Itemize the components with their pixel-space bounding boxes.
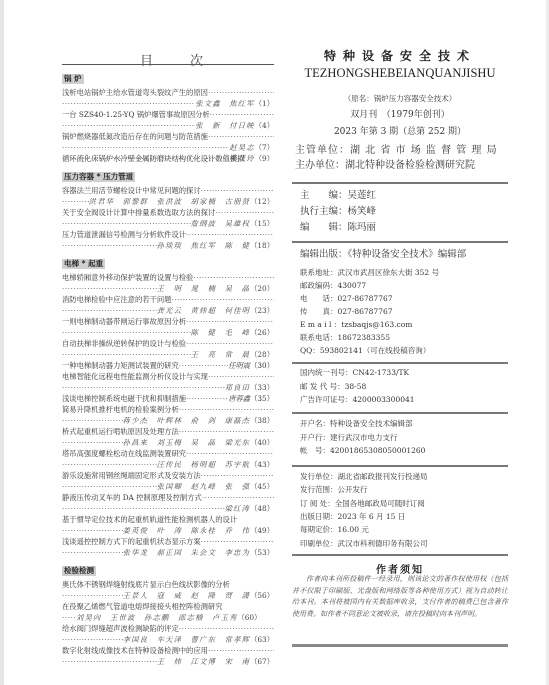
info-label: 国内统一刊号： xyxy=(300,367,353,379)
entry-page: （1） xyxy=(255,98,274,109)
entry-authors: 洪君华 郭黎群 张洪波 胡家楠 古朋贤 xyxy=(89,196,250,207)
info-label: 联系电话： xyxy=(300,332,338,344)
leader-dots: ········································… xyxy=(62,481,157,492)
toc-entry: 消防电梯检验中应注意的若干问题·························… xyxy=(62,294,274,316)
toc-entry: 锅炉燃烧器低氮改造后存在的问题与防范措施····················… xyxy=(62,131,274,153)
info-value: 430077 xyxy=(338,281,367,290)
issue-number: 2023 年第 3 期（总第 252 期） xyxy=(290,124,510,137)
toc-entry: 给水阀门焊缝超声波检测缺陷的评定························… xyxy=(62,623,274,645)
entry-page: （53） xyxy=(250,547,274,558)
info-row: 邮 发 代 号：38-58 xyxy=(300,381,366,393)
leader-dots: ········································… xyxy=(186,338,274,349)
entry-title: 在役聚乙烯燃气管道电熔焊接接头相控阵检测研究 xyxy=(62,601,223,612)
info-value: 593802141（可在线投稿咨询） xyxy=(320,346,430,355)
entry-authors: 龚光云 黄炜超 何佳明 xyxy=(157,305,250,316)
info-value: 武汉市科利德印务有限公司 xyxy=(338,539,428,548)
entry-author-line: ········································… xyxy=(62,503,274,514)
info-label: 每期定价： xyxy=(300,524,338,536)
toc-entry: 一台 SZS40-1.25-YQ 锅炉爆管事故原因分析·············… xyxy=(62,109,274,131)
toc-entry: 游乐设施常用钢丝绳端固定形式及安装方法·····················… xyxy=(62,470,274,492)
toc-section: 压力容器 * 压力管道容器法兰用活节螺栓设计中常见问题的探讨··········… xyxy=(62,164,274,251)
entry-title: 一种电梯制动器力矩测试装置的研究 xyxy=(62,360,179,371)
entry-title-line: 浅谈遥控控制方式下的起重机状态显示方案·····················… xyxy=(62,536,274,547)
info-row: 开户行：建行武汉市电力支行 xyxy=(300,432,398,444)
entry-page: （26） xyxy=(250,327,274,338)
leader-dots: ········································… xyxy=(62,305,157,316)
entry-author-line: ········································… xyxy=(62,142,274,153)
leader-dots: ········································… xyxy=(62,656,157,667)
info-label: 开户名： xyxy=(300,418,330,430)
info-label: 联系地址： xyxy=(300,267,338,279)
entry-page: （30） xyxy=(250,360,274,371)
info-row: 国内统一刊号：CN42-1733/TK xyxy=(300,367,409,379)
toc-entry: 奥氏体不锈钢焊缝射线底片显示白色线状影像的分析·················… xyxy=(62,579,274,601)
info-value: tzsbaqjs@163.com xyxy=(341,320,412,329)
toc-section-heading-row: 检验检测 xyxy=(62,558,274,579)
entry-authors: 王 炜 江文博 宋 南 xyxy=(157,656,250,667)
entry-title-line: 静液压传动叉车的 DA 控制原理及控制方式···················… xyxy=(62,492,274,503)
toc-entry: 浅析电站锅炉主给水管道弯头裂纹产生的原因····················… xyxy=(62,87,274,109)
entry-page: （49） xyxy=(250,525,274,536)
info-value: 建行武汉市电力支行 xyxy=(330,433,398,442)
entry-line: 一种电梯制动器力矩测试装置的研究························… xyxy=(62,360,274,371)
info-value: 武汉市武昌区徐东大街 352 号 xyxy=(338,268,440,277)
leader-dots: ········································… xyxy=(62,547,123,558)
info-row: 执行主编：杨笑峰 xyxy=(300,204,376,219)
entry-authors: 李国良 车天泽 曹广东 常孝辉 xyxy=(123,634,250,645)
entry-title-line: 容器法兰用活节螺栓设计中常见问题的探讨·····················… xyxy=(62,185,274,196)
entry-author-line: ········································… xyxy=(62,525,274,536)
entry-authors: 赵昊志 xyxy=(229,142,255,153)
info-label: 开户行： xyxy=(300,432,330,444)
entry-title-line: 简易升降机推杆电机的检验案例分析························… xyxy=(62,404,274,415)
info-value: 吴莲红 xyxy=(348,190,377,201)
entry-title: 塔吊高强度螺栓松动在线监测装置研究 xyxy=(62,448,186,459)
leader-dots: ········································… xyxy=(186,316,274,327)
info-row: 发行单位：湖北省邮政报刊发行投递局 xyxy=(300,471,428,483)
entry-authors: 陈 健 毛 峰 xyxy=(191,327,250,338)
entry-authors: 姜英俊 叶 涛 陈永桂 乔 伟 xyxy=(123,525,250,536)
entry-title-line: 关于安全阀设计计算中排量系数选取方法的探讨···················… xyxy=(62,207,274,218)
leader-dots: ········································… xyxy=(62,120,195,131)
entry-page: （40） xyxy=(250,437,274,448)
entry-title-line: 电梯智能化远程电性能监测分析仪设计与实现····················… xyxy=(62,371,274,382)
leader-dots: ········································… xyxy=(208,87,274,98)
author-notice-body: 作者向本刊所投稿件一经录用，则该论文的著作权使用权（包括并不仅限于印刷版、光盘版… xyxy=(292,574,508,620)
toc-entry: 桥式起重机运行啃轨原因及处理方法························… xyxy=(62,426,274,448)
entry-title: 自动扶梯非操纵逆转保护的设计与检验 xyxy=(62,338,186,349)
entry-page: （4） xyxy=(255,120,274,131)
toc-section: 锅 炉浅析电站锅炉主给水管道弯头裂纹产生的原因·················… xyxy=(62,66,274,164)
leader-dots: ········································… xyxy=(62,327,191,338)
entry-title-line: 游乐设施常用钢丝绳端固定形式及安装方法·····················… xyxy=(62,470,274,481)
entry-author-line: ········································… xyxy=(62,382,274,393)
leader-dots: ········································… xyxy=(179,623,274,634)
divider xyxy=(292,182,508,184)
divider xyxy=(292,362,508,364)
leader-dots: ········································… xyxy=(62,196,89,207)
entry-title: 桥式起重机运行啃轨原因及处理方法 xyxy=(62,426,179,437)
info-row: 广告许可证号：4200003300041 xyxy=(300,394,415,406)
leader-dots: ········································… xyxy=(62,634,123,645)
info-value: 027-86787767 xyxy=(338,307,393,316)
leader-dots: ········································… xyxy=(62,240,157,251)
entry-title: 给水阀门焊缝超声波检测缺陷的评定 xyxy=(62,623,179,634)
entry-title-line: 一台 SZS40-1.25-YQ 锅炉爆管事故原因分析·············… xyxy=(62,109,274,120)
entry-author-line: ········································… xyxy=(62,98,274,109)
info-label: 编 辑： xyxy=(300,220,348,235)
toc-entry: 一则电梯制动器带闸运行事故原因分析·······················… xyxy=(62,316,274,338)
toc-entry: 压力管道泄漏信号检测与分析软件设计·······················… xyxy=(62,229,274,251)
entry-title: 奥氏体不锈钢焊缝射线底片显示白色线状影像的分析 xyxy=(62,579,230,590)
info-label: 发行范围： xyxy=(300,484,338,496)
toc-entry: 基于惯导定位技术的起重机轨道性能检测机器人的设计················… xyxy=(62,514,274,536)
entry-authors: 郑良田 xyxy=(225,382,251,393)
entry-author-line: ········································… xyxy=(62,656,274,667)
section-heading: 压力容器 * 压力管道 xyxy=(62,172,135,182)
entry-title: 浅谈遥控控制方式下的起重机状态显示方案 xyxy=(62,536,201,547)
entry-title: 静液压传动叉车的 DA 控制原理及控制方式 xyxy=(62,492,202,503)
entry-author-line: ········································… xyxy=(62,547,274,558)
info-row: 编 辑：陈玛丽 xyxy=(300,220,376,235)
entry-page: （12） xyxy=(250,196,274,207)
entry-authors: 张国卿 赵九峰 张 强 xyxy=(157,481,250,492)
entry-title: 电梯轿厢意外移动保护装置的设置与检验 xyxy=(62,272,193,283)
journal-title-en: TEZHONGSHEBEIANQUANJISHU xyxy=(285,66,515,81)
entry-author-line: ········································… xyxy=(62,196,274,207)
leader-dots: ········································… xyxy=(208,131,274,142)
info-label: 印刷单位： xyxy=(300,538,338,550)
entry-authors: 王景人 寇 威 赵 隆 贾 潇 xyxy=(123,590,250,601)
section-heading: 电梯 * 起重 xyxy=(62,259,105,269)
info-value: 湖北省邮政报刊发行投递局 xyxy=(338,472,428,481)
info-value: 公开发行 xyxy=(338,485,368,494)
entry-page: （67） xyxy=(250,656,274,667)
entry-title: 压力管道泄漏信号检测与分析软件设计 xyxy=(62,229,186,240)
entry-title: 基于惯导定位技术的起重机轨道性能检测机器人的设计 xyxy=(62,514,237,525)
entry-author-line: ········································… xyxy=(62,437,274,448)
entry-authors: 张 新 付日映 xyxy=(195,120,254,131)
entry-title: 浅析电站锅炉主给水管道弯头裂纹产生的原因 xyxy=(62,87,208,98)
leader-dots: ········································… xyxy=(62,283,157,294)
info-row: 印刷单位：武汉市科利德印务有限公司 xyxy=(300,538,428,550)
entry-page: （48） xyxy=(250,503,274,514)
divider xyxy=(292,412,508,414)
divider xyxy=(292,241,508,243)
toc-section-heading-row: 电梯 * 起重 xyxy=(62,251,274,272)
entry-title: 一则电梯制动器带闸运行事故原因分析 xyxy=(62,316,186,327)
entry-title: 电梯智能化远程电性能监测分析仪设计与实现 xyxy=(62,371,208,382)
toc-divider xyxy=(62,64,274,65)
toc-entry: 数字化射线成像技术在特种设备检测中的应用····················… xyxy=(62,645,274,667)
entry-author-line: ········································… xyxy=(62,240,274,251)
leader-dots: ········································… xyxy=(62,459,157,470)
entry-page: （63） xyxy=(250,634,274,645)
info-value: 2023 年 6 月 15 日 xyxy=(338,512,406,521)
info-row: 主 编：吴莲红 xyxy=(300,188,376,203)
entry-line: 浅谈电梯控制系统电磁干扰和抑制措施·······················… xyxy=(62,393,274,404)
entry-page: （15） xyxy=(250,218,274,229)
entry-title: 容器法兰用活节螺栓设计中常见问题的探讨 xyxy=(62,185,201,196)
entry-page: （43） xyxy=(250,459,274,470)
leader-dots: ········································… xyxy=(62,349,191,360)
leader-dots: ········································… xyxy=(208,645,274,656)
entry-authors: 梁红涛 xyxy=(225,503,251,514)
entry-authors: 任明震 xyxy=(228,360,250,371)
leader-dots: ········································… xyxy=(179,360,228,371)
entry-title: 锅炉燃烧器低氮改造后存在的问题与防范措施 xyxy=(62,131,208,142)
entry-title-line: 奥氏体不锈钢焊缝射线底片显示白色线状影像的分析 xyxy=(62,579,274,590)
entry-title-line: 压力管道泄漏信号检测与分析软件设计·······················… xyxy=(62,229,274,240)
entry-title: 关于安全阀设计计算中排量系数选取方法的探讨 xyxy=(62,207,215,218)
entry-author-line: ········································… xyxy=(62,327,274,338)
info-label: 帐 号： xyxy=(300,445,330,457)
entry-page: （20） xyxy=(250,283,274,294)
entry-page: （28） xyxy=(250,349,274,360)
entry-author-line: ········································… xyxy=(62,634,274,645)
info-label: 主 编： xyxy=(300,188,348,203)
toc-entry: 电梯智能化远程电性能监测分析仪设计与实现····················… xyxy=(62,371,274,393)
info-row: 联系电话：18672383355 xyxy=(300,332,390,344)
former-name: （原名：锅炉压力容器安全技术） xyxy=(290,93,510,104)
leader-dots: ········································… xyxy=(62,612,76,623)
entry-title-line: 桥式起重机运行啃轨原因及处理方法························… xyxy=(62,426,274,437)
toc-entry: 在役聚乙烯燃气管道电熔焊接接头相控阵检测研究··················… xyxy=(62,601,274,623)
toc-body: 锅 炉浅析电站锅炉主给水管道弯头裂纹产生的原因·················… xyxy=(62,66,274,667)
entry-title: 消防电梯检验中应注意的若干问题 xyxy=(62,294,171,305)
leader-dots: ········································… xyxy=(186,448,274,459)
page-edge-shadow-left xyxy=(0,0,4,685)
leader-dots: ········································… xyxy=(62,98,195,109)
info-value: 42001865308050001260 xyxy=(330,446,425,455)
entry-authors: 王 明 晁 楠 吴 晶 xyxy=(157,283,250,294)
toc-entry: 浅谈遥控控制方式下的起重机状态显示方案·····················… xyxy=(62,536,274,558)
section-heading: 检验检测 xyxy=(62,566,96,576)
leader-dots: ········································… xyxy=(179,426,274,437)
info-label: 电 话： xyxy=(300,293,338,305)
leader-dots: ········································… xyxy=(201,536,274,547)
info-label: 邮 发 代 号： xyxy=(300,381,345,393)
entry-authors: 张茂玲 xyxy=(229,153,255,164)
toc-section: 检验检测奥氏体不锈钢焊缝射线底片显示白色线状影像的分析·············… xyxy=(62,558,274,667)
toc-entry: 静液压传动叉车的 DA 控制原理及控制方式···················… xyxy=(62,492,274,514)
toc-section-heading-row: 锅 炉 xyxy=(62,66,274,87)
entry-title-line: 一则电梯制动器带闸运行事故原因分析·······················… xyxy=(62,316,274,327)
info-label: 传 真： xyxy=(300,306,338,318)
entry-page: （33） xyxy=(250,382,274,393)
leader-dots: ········································… xyxy=(210,109,274,120)
entry-authors: 王 亮 常 晨 xyxy=(191,349,250,360)
info-label: QQ： xyxy=(300,345,320,357)
entry-page: （9） xyxy=(255,153,274,164)
info-value: 027-86787767 xyxy=(338,294,393,303)
entry-authors: 张华龙 郝正国 朱会文 李忠为 xyxy=(123,547,250,558)
info-row: 电 话：027-86787767 xyxy=(300,293,393,305)
info-row: 出版日期：2023 年 6 月 15 日 xyxy=(300,511,405,523)
toc-section-heading-row: 压力容器 * 压力管道 xyxy=(62,164,274,185)
leader-dots: ········································… xyxy=(201,470,274,481)
leader-dots: ········································… xyxy=(62,503,225,514)
entry-page: （60） xyxy=(237,612,261,623)
sponsor-unit: 主办单位：湖北特种设备检验检测研究院 xyxy=(295,156,475,171)
entry-author-line: ········································… xyxy=(62,305,274,316)
leader-dots: ········································… xyxy=(71,153,229,164)
info-row: QQ：593802141（可在线投稿咨询） xyxy=(300,345,430,357)
divider xyxy=(292,554,508,556)
toc-entry: 自动扶梯非操纵逆转保护的设计与检验·······················… xyxy=(62,338,274,360)
info-row: 帐 号：42001865308050001260 xyxy=(300,445,425,457)
toc-entry: 简易升降机推杆电机的检验案例分析························… xyxy=(62,404,274,426)
divider xyxy=(292,465,508,467)
toc-entry: 容器法兰用活节螺栓设计中常见问题的探讨·····················… xyxy=(62,185,274,207)
entry-page: （45） xyxy=(250,481,274,492)
info-value: 全国各地邮政局可随时订阅 xyxy=(335,499,425,508)
entry-title-line: 给水阀门焊缝超声波检测缺陷的评定························… xyxy=(62,623,274,634)
info-value: 特种设备安全技术编辑部 xyxy=(330,419,413,428)
info-row: 邮政编码：430077 xyxy=(300,280,366,292)
entry-authors: 汪传民 杨明超 苏宇航 xyxy=(157,459,250,470)
info-value: 杨笑峰 xyxy=(348,206,377,217)
leader-dots: ········································… xyxy=(193,272,274,283)
toc-entry: 浅谈电梯控制系统电磁干扰和抑制措施·······················… xyxy=(62,393,274,404)
entry-title-line: 电梯轿厢意外移动保护装置的设置与检验······················… xyxy=(62,272,274,283)
entry-title: 简易升降机推杆电机的检验案例分析 xyxy=(62,404,179,415)
toc-section: 电梯 * 起重电梯轿厢意外移动保护装置的设置与检验···············… xyxy=(62,251,274,558)
info-label: 出版日期： xyxy=(300,511,338,523)
toc-entry: 电梯轿厢意外移动保护装置的设置与检验······················… xyxy=(62,272,274,294)
entry-author-line: ········································… xyxy=(62,459,274,470)
entry-title-line: 消防电梯检验中应注意的若干问题·························… xyxy=(62,294,274,305)
leader-dots: ········································… xyxy=(186,229,274,240)
info-label: 邮政编码： xyxy=(300,280,338,292)
toc-entry: 关于安全阀设计计算中排量系数选取方法的探讨···················… xyxy=(62,207,274,229)
entry-page: （18） xyxy=(250,240,274,251)
info-label: E m a i l ： xyxy=(300,319,341,331)
entry-authors: 蒋少杰 叶辉林 俞 剑 康磊杰 xyxy=(123,415,250,426)
entry-title-line: 塔吊高强度螺栓松动在线监测装置研究·······················… xyxy=(62,448,274,459)
entry-page: （23） xyxy=(250,305,274,316)
entry-page: （56） xyxy=(250,590,274,601)
leader-dots: ········································… xyxy=(208,371,274,382)
supervisor-unit: 主管单位：湖 北 省 市 场 监 督 管 理 局 xyxy=(295,141,498,156)
entry-author-line: ········································… xyxy=(62,481,274,492)
entry-author-line: ········································… xyxy=(62,415,274,426)
leader-dots: ········································… xyxy=(62,415,123,426)
leader-dots: ········································… xyxy=(215,207,274,218)
entry-authors: 唐蓉鑫 xyxy=(228,393,250,404)
entry-author-line: ········································… xyxy=(62,218,274,229)
info-value: 16.00 元 xyxy=(338,525,369,534)
toc-entry: 塔吊高强度螺栓松动在线监测装置研究·······················… xyxy=(62,448,274,470)
entry-page: （35） xyxy=(250,393,274,404)
info-label: 发行单位： xyxy=(300,471,338,483)
divider xyxy=(292,644,508,647)
publisher: 编辑出版：《特种设备安全技术》编辑部 xyxy=(300,247,466,262)
journal-title-cn: 特种设备安全技术 xyxy=(290,47,510,64)
entry-author-line: ········································… xyxy=(71,153,274,164)
entry-author-line: ········································… xyxy=(62,590,274,601)
entry-title-line: 在役聚乙烯燃气管道电熔焊接接头相控阵检测研究 xyxy=(62,601,274,612)
info-row: 传 真：027-86787767 xyxy=(300,306,393,318)
entry-authors: 詹纲波 吴雄权 xyxy=(191,218,250,229)
entry-authors: 刘昊向 王世波 孙志鹏 邵志楠 卢玉秀 xyxy=(76,612,237,623)
leader-dots: ········································… xyxy=(201,185,274,196)
info-label: 广告许可证号： xyxy=(300,394,353,406)
info-value: CN42-1733/TK xyxy=(353,368,410,377)
leader-dots: ········································… xyxy=(171,294,274,305)
leader-dots: ········································… xyxy=(62,218,191,229)
entry-title: 一台 SZS40-1.25-YQ 锅炉爆管事故原因分析 xyxy=(62,109,210,120)
leader-dots: ········································… xyxy=(186,393,228,404)
leader-dots: ········································… xyxy=(62,590,123,601)
entry-title-line: 自动扶梯非操纵逆转保护的设计与检验·······················… xyxy=(62,338,274,349)
leader-dots: ········································… xyxy=(62,142,229,153)
entry-title-line: 数字化射线成像技术在特种设备检测中的应用····················… xyxy=(62,645,274,656)
entry-title: 数字化射线成像技术在特种设备检测中的应用 xyxy=(62,645,208,656)
info-row: 订 阅 处：全国各地邮政局可随时订阅 xyxy=(300,498,425,510)
info-label: 订 阅 处： xyxy=(300,498,335,510)
info-value: 18672383355 xyxy=(338,333,391,342)
entry-author-line: ········································… xyxy=(62,349,274,360)
leader-dots: ········································… xyxy=(62,525,123,536)
section-heading: 锅 炉 xyxy=(62,74,84,84)
info-value: 4200003300041 xyxy=(353,395,415,404)
entry-author-line: ········································… xyxy=(62,120,274,131)
info-row: 每期定价：16.00 元 xyxy=(300,524,369,536)
leader-dots: ········································… xyxy=(62,437,123,448)
entry-title-line: 锅炉燃烧器低氮改造后存在的问题与防范措施····················… xyxy=(62,131,274,142)
leader-dots: ········································… xyxy=(62,382,225,393)
info-row: 开户名：特种设备安全技术编辑部 xyxy=(300,418,413,430)
entry-title-line: 基于惯导定位技术的起重机轨道性能检测机器人的设计 xyxy=(62,514,274,525)
toc-entry: 循环流化床锅炉水冷壁金属防磨块结构优化设计数值模拟···············… xyxy=(62,153,274,164)
info-row: E m a i l ：tzsbaqjs@163.com xyxy=(300,319,412,331)
frequency: 双月刊 （1979年创刊） xyxy=(290,107,510,120)
leader-dots: ········································… xyxy=(202,492,274,503)
entry-author-line: ········································… xyxy=(62,283,274,294)
toc-entry: 一种电梯制动器力矩测试装置的研究························… xyxy=(62,360,274,371)
info-value: 陈玛丽 xyxy=(348,222,377,233)
info-label: 执行主编： xyxy=(300,204,348,219)
entry-title-line: 浅析电站锅炉主给水管道弯头裂纹产生的原因····················… xyxy=(62,87,274,98)
entry-author-line: ········································… xyxy=(62,612,274,623)
entry-authors: 孙昌来 刘玉梅 吴 晶 梁光东 xyxy=(123,437,250,448)
entry-authors: 张文鑫 焦红军 xyxy=(195,98,254,109)
entry-authors: 孙琰琰 焦红军 陈 健 xyxy=(157,240,250,251)
info-row: 发行范围：公开发行 xyxy=(300,484,368,496)
leader-dots: ········································… xyxy=(179,404,274,415)
entry-page: （38） xyxy=(250,415,274,426)
entry-page: （7） xyxy=(255,142,274,153)
entry-title: 游乐设施常用钢丝绳端固定形式及安装方法 xyxy=(62,470,201,481)
info-row: 联系地址：武汉市武昌区徐东大街 352 号 xyxy=(300,267,439,279)
info-value: 38-58 xyxy=(345,382,367,391)
entry-title: 浅谈电梯控制系统电磁干扰和抑制措施 xyxy=(62,393,186,404)
